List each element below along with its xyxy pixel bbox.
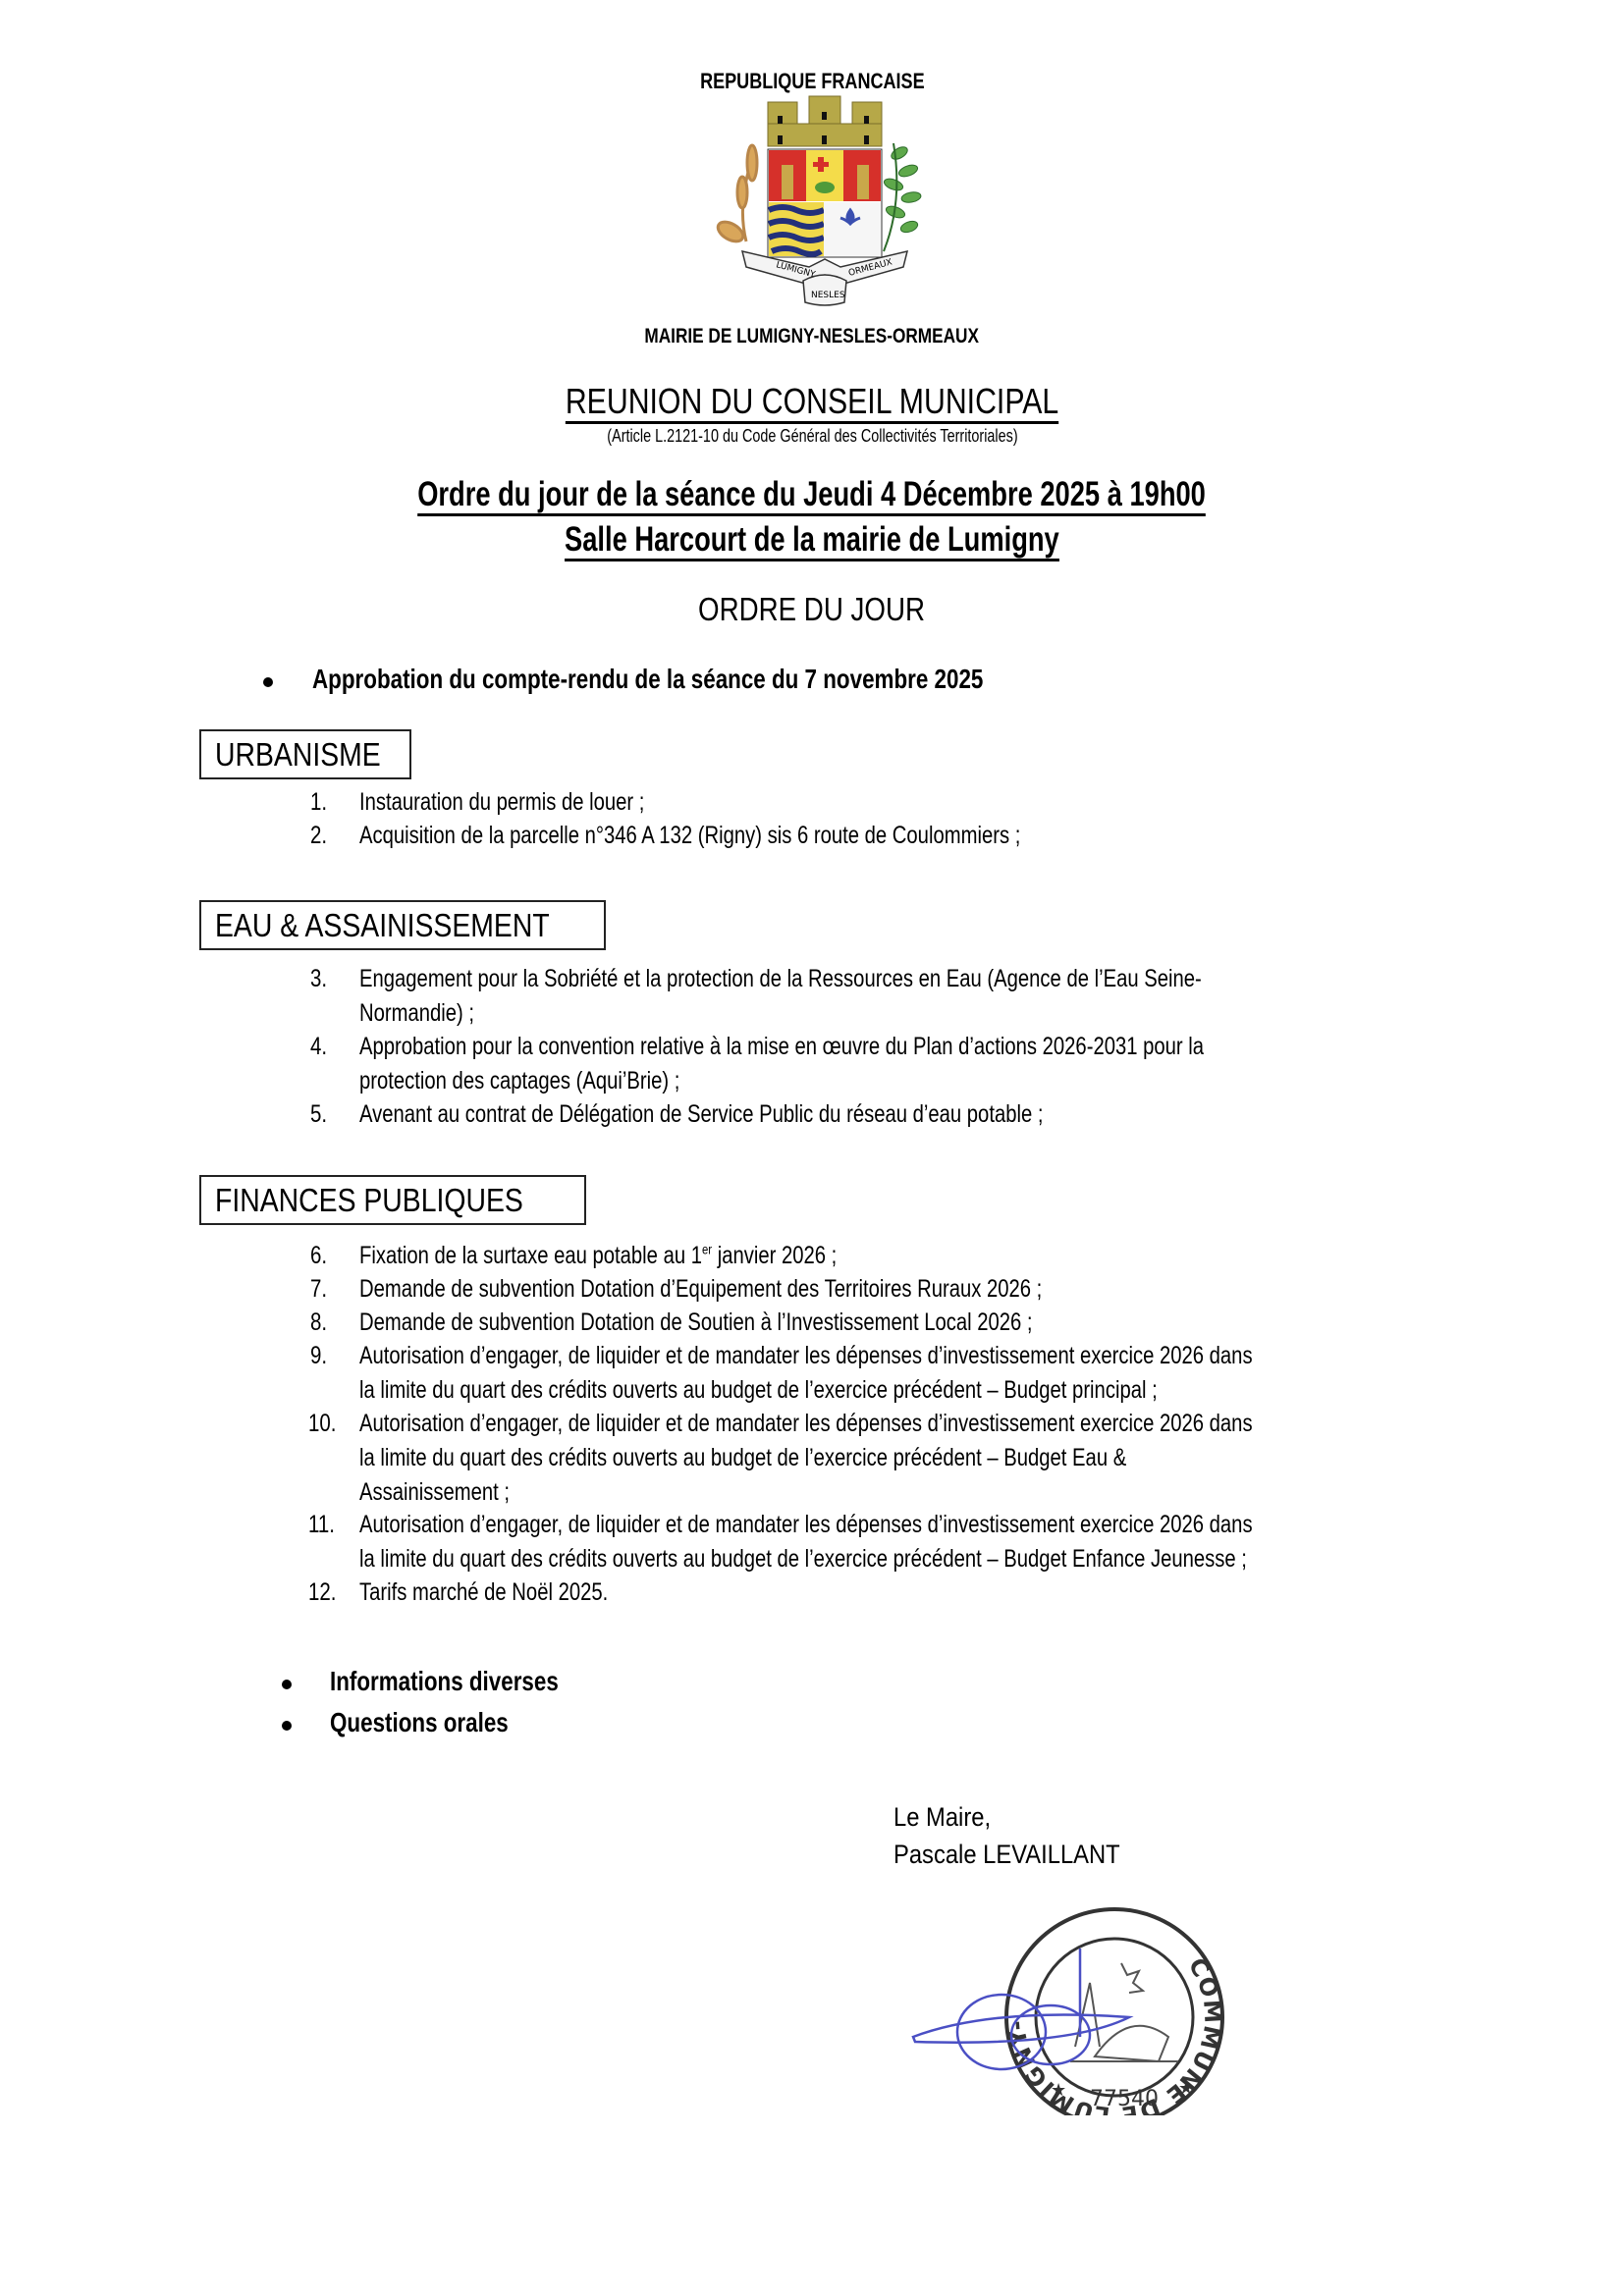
bullet-icon: [263, 677, 273, 687]
item-text-line: Normandie) ;: [359, 996, 1202, 1031]
item-text-line: Acquisition de la parcelle n°346 A 132 (…: [359, 819, 1020, 853]
item-text-line: Assainissement ;: [359, 1475, 1253, 1510]
item-number: 4.: [310, 1030, 358, 1064]
coat-of-arms-icon: LUMIGNY ORMEAUX NESLES: [707, 94, 943, 308]
item-text-line: Demande de subvention Dotation d’Equipem…: [359, 1272, 1042, 1307]
item-number: 6.: [310, 1239, 358, 1273]
session-location-heading: Salle Harcourt de la mairie de Lumigny: [0, 520, 1624, 561]
item-text-line: protection des captages (Aqui’Brie) ;: [359, 1064, 1204, 1098]
svg-text:★: ★: [1051, 2080, 1066, 2100]
mairie-header: MAIRIE DE LUMIGNY-NESLES-ORMEAUX: [0, 325, 1624, 348]
section-finances-publiques: FINANCES PUBLIQUES: [199, 1175, 586, 1225]
republic-header: REPUBLIQUE FRANCAISE: [0, 69, 1624, 94]
item-number: 2.: [310, 819, 358, 853]
closing-bullet: Informations diverses: [0, 1666, 1624, 1701]
item-text-line: Engagement pour la Sobriété et la protec…: [359, 962, 1202, 996]
session-date-heading: Ordre du jour de la séance du Jeudi 4 Dé…: [0, 475, 1624, 516]
item-number: 11.: [308, 1508, 356, 1542]
item-text-line: Approbation pour la convention relative …: [359, 1030, 1204, 1064]
item-text-line: Autorisation d’engager, de liquider et d…: [359, 1508, 1253, 1542]
item-number: 7.: [310, 1272, 358, 1307]
section-urbanisme: URBANISME: [199, 729, 411, 779]
section-eau-assainissement: EAU & ASSAINISSEMENT: [199, 900, 606, 950]
approval-bullet: Approbation du compte-rendu de la séance…: [0, 664, 1624, 699]
item-text-line: la limite du quart des crédits ouverts a…: [359, 1542, 1253, 1576]
item-number: 5.: [310, 1097, 358, 1132]
svg-text:NESLES: NESLES: [811, 291, 845, 300]
bullet-icon: [282, 1680, 292, 1689]
item-number: 12.: [308, 1575, 356, 1610]
agenda-heading: ORDRE DU JOUR: [0, 591, 1624, 628]
item-text-line: la limite du quart des crédits ouverts a…: [359, 1373, 1253, 1408]
svg-text:★: ★: [1178, 2078, 1194, 2098]
bullet-icon: [282, 1721, 292, 1731]
item-number: 1.: [310, 785, 358, 820]
signatory-name: Pascale LEVAILLANT: [893, 1840, 1151, 1870]
closing-bullet: Questions orales: [0, 1707, 1624, 1742]
page-title: REUNION DU CONSEIL MUNICIPAL: [0, 381, 1624, 424]
item-text-line: la limite du quart des crédits ouverts a…: [359, 1441, 1253, 1475]
item-text-line: Fixation de la surtaxe eau potable au 1e…: [359, 1239, 837, 1273]
item-text-line: Instauration du permis de louer ;: [359, 785, 644, 820]
item-text-line: Avenant au contrat de Délégation de Serv…: [359, 1097, 1043, 1132]
item-number: 3.: [310, 962, 358, 996]
svg-text:77540: 77540: [1090, 2087, 1159, 2111]
signatory-role: Le Maire,: [893, 1802, 1004, 1833]
item-text-line: Autorisation d’engager, de liquider et d…: [359, 1339, 1253, 1373]
item-text-line: Autorisation d’engager, de liquider et d…: [359, 1407, 1253, 1441]
item-text-line: Demande de subvention Dotation de Soutie…: [359, 1306, 1033, 1340]
item-number: 8.: [310, 1306, 358, 1340]
item-number: 10.: [308, 1407, 356, 1441]
item-text-line: Tarifs marché de Noël 2025.: [359, 1575, 608, 1610]
item-number: 9.: [310, 1339, 358, 1373]
legal-reference: (Article L.2121-10 du Code Général des C…: [0, 426, 1624, 447]
official-stamp-icon: COMMUNE DE LUMIGNY-NESLES-ORMEAUX 77540 …: [903, 1899, 1296, 2115]
